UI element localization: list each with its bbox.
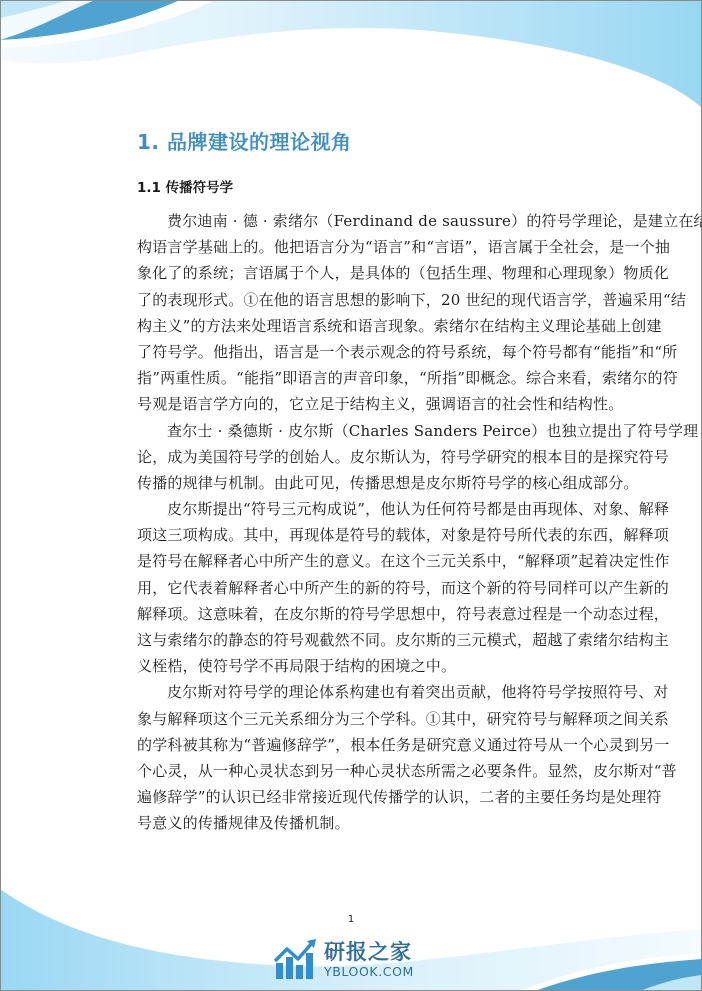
- logo-text: 研报之家 YBLOOK.COM: [324, 940, 414, 979]
- text-line: 解释项。这意味着，在皮尔斯的符号学思想中，符号表意过程是一个动态过程，: [137, 601, 565, 627]
- text-line: 费尔迪南 · 德 · 索绪尔（Ferdinand de saussure）的符号…: [137, 208, 565, 234]
- page-number: 1: [0, 914, 702, 925]
- body-text: 费尔迪南 · 德 · 索绪尔（Ferdinand de saussure）的符号…: [137, 208, 565, 837]
- text-line: 个心灵，从一种心灵状态到另一种心灵状态所需之必要条件。显然，皮尔斯对“普: [137, 758, 565, 784]
- text-line: 号意义的传播规律及传播机制。: [137, 810, 565, 836]
- text-line: 查尔士 · 桑德斯 · 皮尔斯（Charles Sanders Peirce）也…: [137, 418, 565, 444]
- paragraph: 查尔士 · 桑德斯 · 皮尔斯（Charles Sanders Peirce）也…: [137, 418, 565, 497]
- text-line: 论，成为美国符号学的创始人。皮尔斯认为，符号学研究的根本目的是探究符号: [137, 444, 565, 470]
- text-line: 遍修辞学”的认识已经非常接近现代传播学的认识，二者的主要任务均是处理符: [137, 784, 565, 810]
- text-line: 了的表现形式。①在他的语言思想的影响下，20 世纪的现代语言学，普遍采用“结: [137, 287, 565, 313]
- text-line: 皮尔斯对符号学的理论体系构建也有着突出贡献，他将符号学按照符号、对: [137, 679, 565, 705]
- text-line: 皮尔斯提出“符号三元构成说”，他认为任何符号都是由再现体、对象、解释: [137, 496, 565, 522]
- paragraph: 皮尔斯对符号学的理论体系构建也有着突出贡献，他将符号学按照符号、对 象与解释项这…: [137, 679, 565, 836]
- text-line: 这与索绪尔的静态的符号观截然不同。皮尔斯的三元模式，超越了索绪尔结构主: [137, 627, 565, 653]
- text-line: 传播的规律与机制。由此可见，传播思想是皮尔斯符号学的核心组成部分。: [137, 470, 565, 496]
- text-line: 用，它代表着解释者心中所产生的新的符号，而这个新的符号同样可以产生新的: [137, 575, 565, 601]
- text-line: 了符号学。他指出，语言是一个表示观念的符号系统，每个符号都有“能指”和“所: [137, 339, 565, 365]
- text-line: 指”两重性质。“能指”即语言的声音印象，“所指”即概念。综合来看，索绪尔的符: [137, 365, 565, 391]
- text-line: 象化了的系统；言语属于个人，是具体的（包括生理、物理和心理现象）物质化: [137, 260, 565, 286]
- text-line: 项这三项构成。其中，再现体是符号的载体，对象是符号所代表的东西，解释项: [137, 522, 565, 548]
- logo-domain: YBLOOK.COM: [324, 964, 414, 979]
- text-line: 义桎梏，使符号学不再局限于结构的困境之中。: [137, 653, 565, 679]
- text-line: 是符号在解释者心中所产生的意义。在这个三元关系中，“解释项”起着决定性作: [137, 548, 565, 574]
- watermark-logo: 研报之家 YBLOOK.COM: [274, 938, 414, 980]
- bar-chart-arrow-icon: [274, 939, 318, 979]
- paragraph: 皮尔斯提出“符号三元构成说”，他认为任何符号都是由再现体、对象、解释 项这三项构…: [137, 496, 565, 679]
- text-line: 号观是语言学方向的，它立足于结构主义，强调语言的社会性和结构性。: [137, 391, 565, 417]
- subsection-heading: 1.1 传播符号学: [137, 176, 233, 196]
- logo-chinese-name: 研报之家: [324, 940, 414, 964]
- paragraph: 费尔迪南 · 德 · 索绪尔（Ferdinand de saussure）的符号…: [137, 208, 565, 418]
- section-heading: 1. 品牌建设的理论视角: [137, 126, 351, 155]
- text-line: 的学科被其称为“普遍修辞学”，根本任务是研究意义通过符号从一个心灵到另一: [137, 732, 565, 758]
- text-line: 构语言学基础上的。他把语言分为“语言”和“言语”，语言属于全社会，是一个抽: [137, 234, 565, 260]
- document-page: 1. 品牌建设的理论视角 1.1 传播符号学 费尔迪南 · 德 · 索绪尔（Fe…: [0, 0, 702, 991]
- text-line: 构主义”的方法来处理语言系统和语言现象。索绪尔在结构主义理论基础上创建: [137, 313, 565, 339]
- text-line: 象与解释项这个三元关系细分为三个学科。①其中，研究符号与解释项之间关系: [137, 706, 565, 732]
